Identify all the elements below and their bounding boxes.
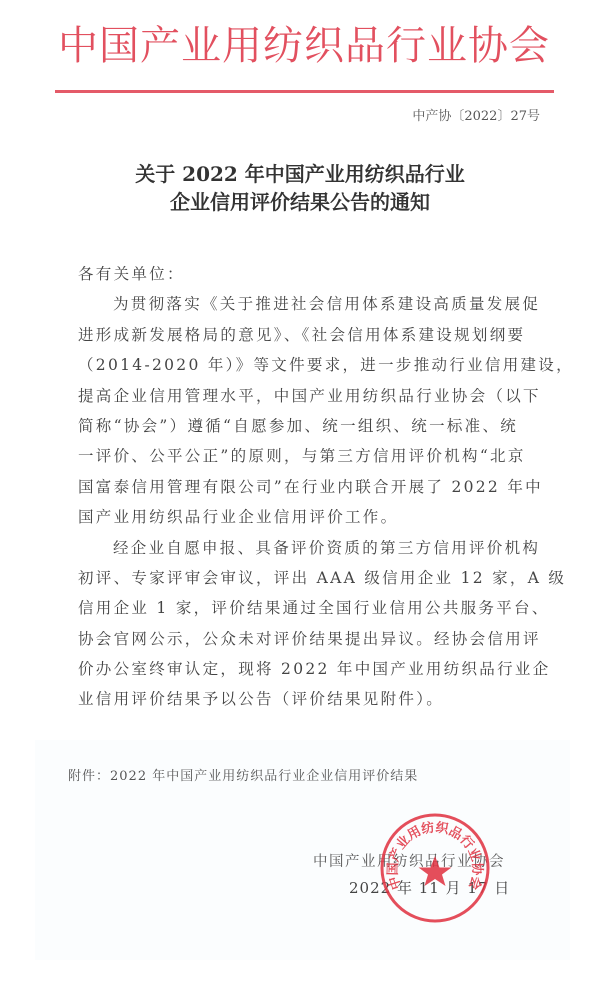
- letterhead-red-rule: [55, 90, 554, 93]
- body-line: 为贯彻落实《关于推进社会信用体系建设高质量发展促: [78, 289, 540, 319]
- body-line: 价办公室终审认定，现将 2022 年中国产业用纺织品行业企: [78, 654, 540, 684]
- body-line: 一评价、公平公正”的原则，与第三方信用评价机构“北京: [78, 441, 540, 471]
- body-line: 提高企业信用管理水平，中国产业用纺织品行业协会（以下: [78, 381, 540, 411]
- document-title-line-2: 企业信用评价结果公告的通知: [0, 188, 600, 216]
- attachment-note: 附件：2022 年中国产业用纺织品行业企业信用评价结果: [68, 768, 418, 786]
- body-line: 国富泰信用管理有限公司”在行业内联合开展了 2022 年中: [78, 472, 540, 502]
- document-page: 中国产业用纺织品行业协会 中产协〔2022〕27号 关于 2022 年中国产业用…: [0, 0, 600, 989]
- body-line: 业信用评价结果予以公告（评价结果见附件）。: [78, 684, 540, 714]
- star-icon: [419, 856, 452, 886]
- official-seal-stamp: 中国产业用纺织品行业协会: [379, 812, 491, 924]
- document-body: 各有关单位： 为贯彻落实《关于推进社会信用体系建设高质量发展促 进形成新发展格局…: [78, 259, 540, 715]
- body-line: 初评、专家评审会审议，评出 AAA 级信用企业 12 家，A 级: [78, 563, 540, 593]
- letterhead-organization: 中国产业用纺织品行业协会: [58, 22, 558, 70]
- body-line: 国产业用纺织品行业企业信用评价工作。: [78, 502, 540, 532]
- document-number: 中产协〔2022〕27号: [380, 108, 540, 126]
- document-title: 关于 2022 年中国产业用纺织品行业 企业信用评价结果公告的通知: [0, 160, 600, 216]
- body-line: 简称“协会”）遵循“自愿参加、统一组织、统一标准、统: [78, 411, 540, 441]
- body-line: 进形成新发展格局的意见》、《社会信用体系建设规划纲要: [78, 320, 540, 350]
- body-line: （2014-2020 年）》等文件要求，进一步推动行业信用建设，: [78, 350, 540, 380]
- body-line: 信用企业 1 家，评价结果通过全国行业信用公共服务平台、: [78, 593, 540, 623]
- body-line: 协会官网公示，公众未对评价结果提出异议。经协会信用评: [78, 624, 540, 654]
- document-title-line-1: 关于 2022 年中国产业用纺织品行业: [0, 160, 600, 188]
- body-line: 经企业自愿申报、具备评价资质的第三方信用评价机构: [78, 533, 540, 563]
- salutation: 各有关单位：: [78, 259, 540, 289]
